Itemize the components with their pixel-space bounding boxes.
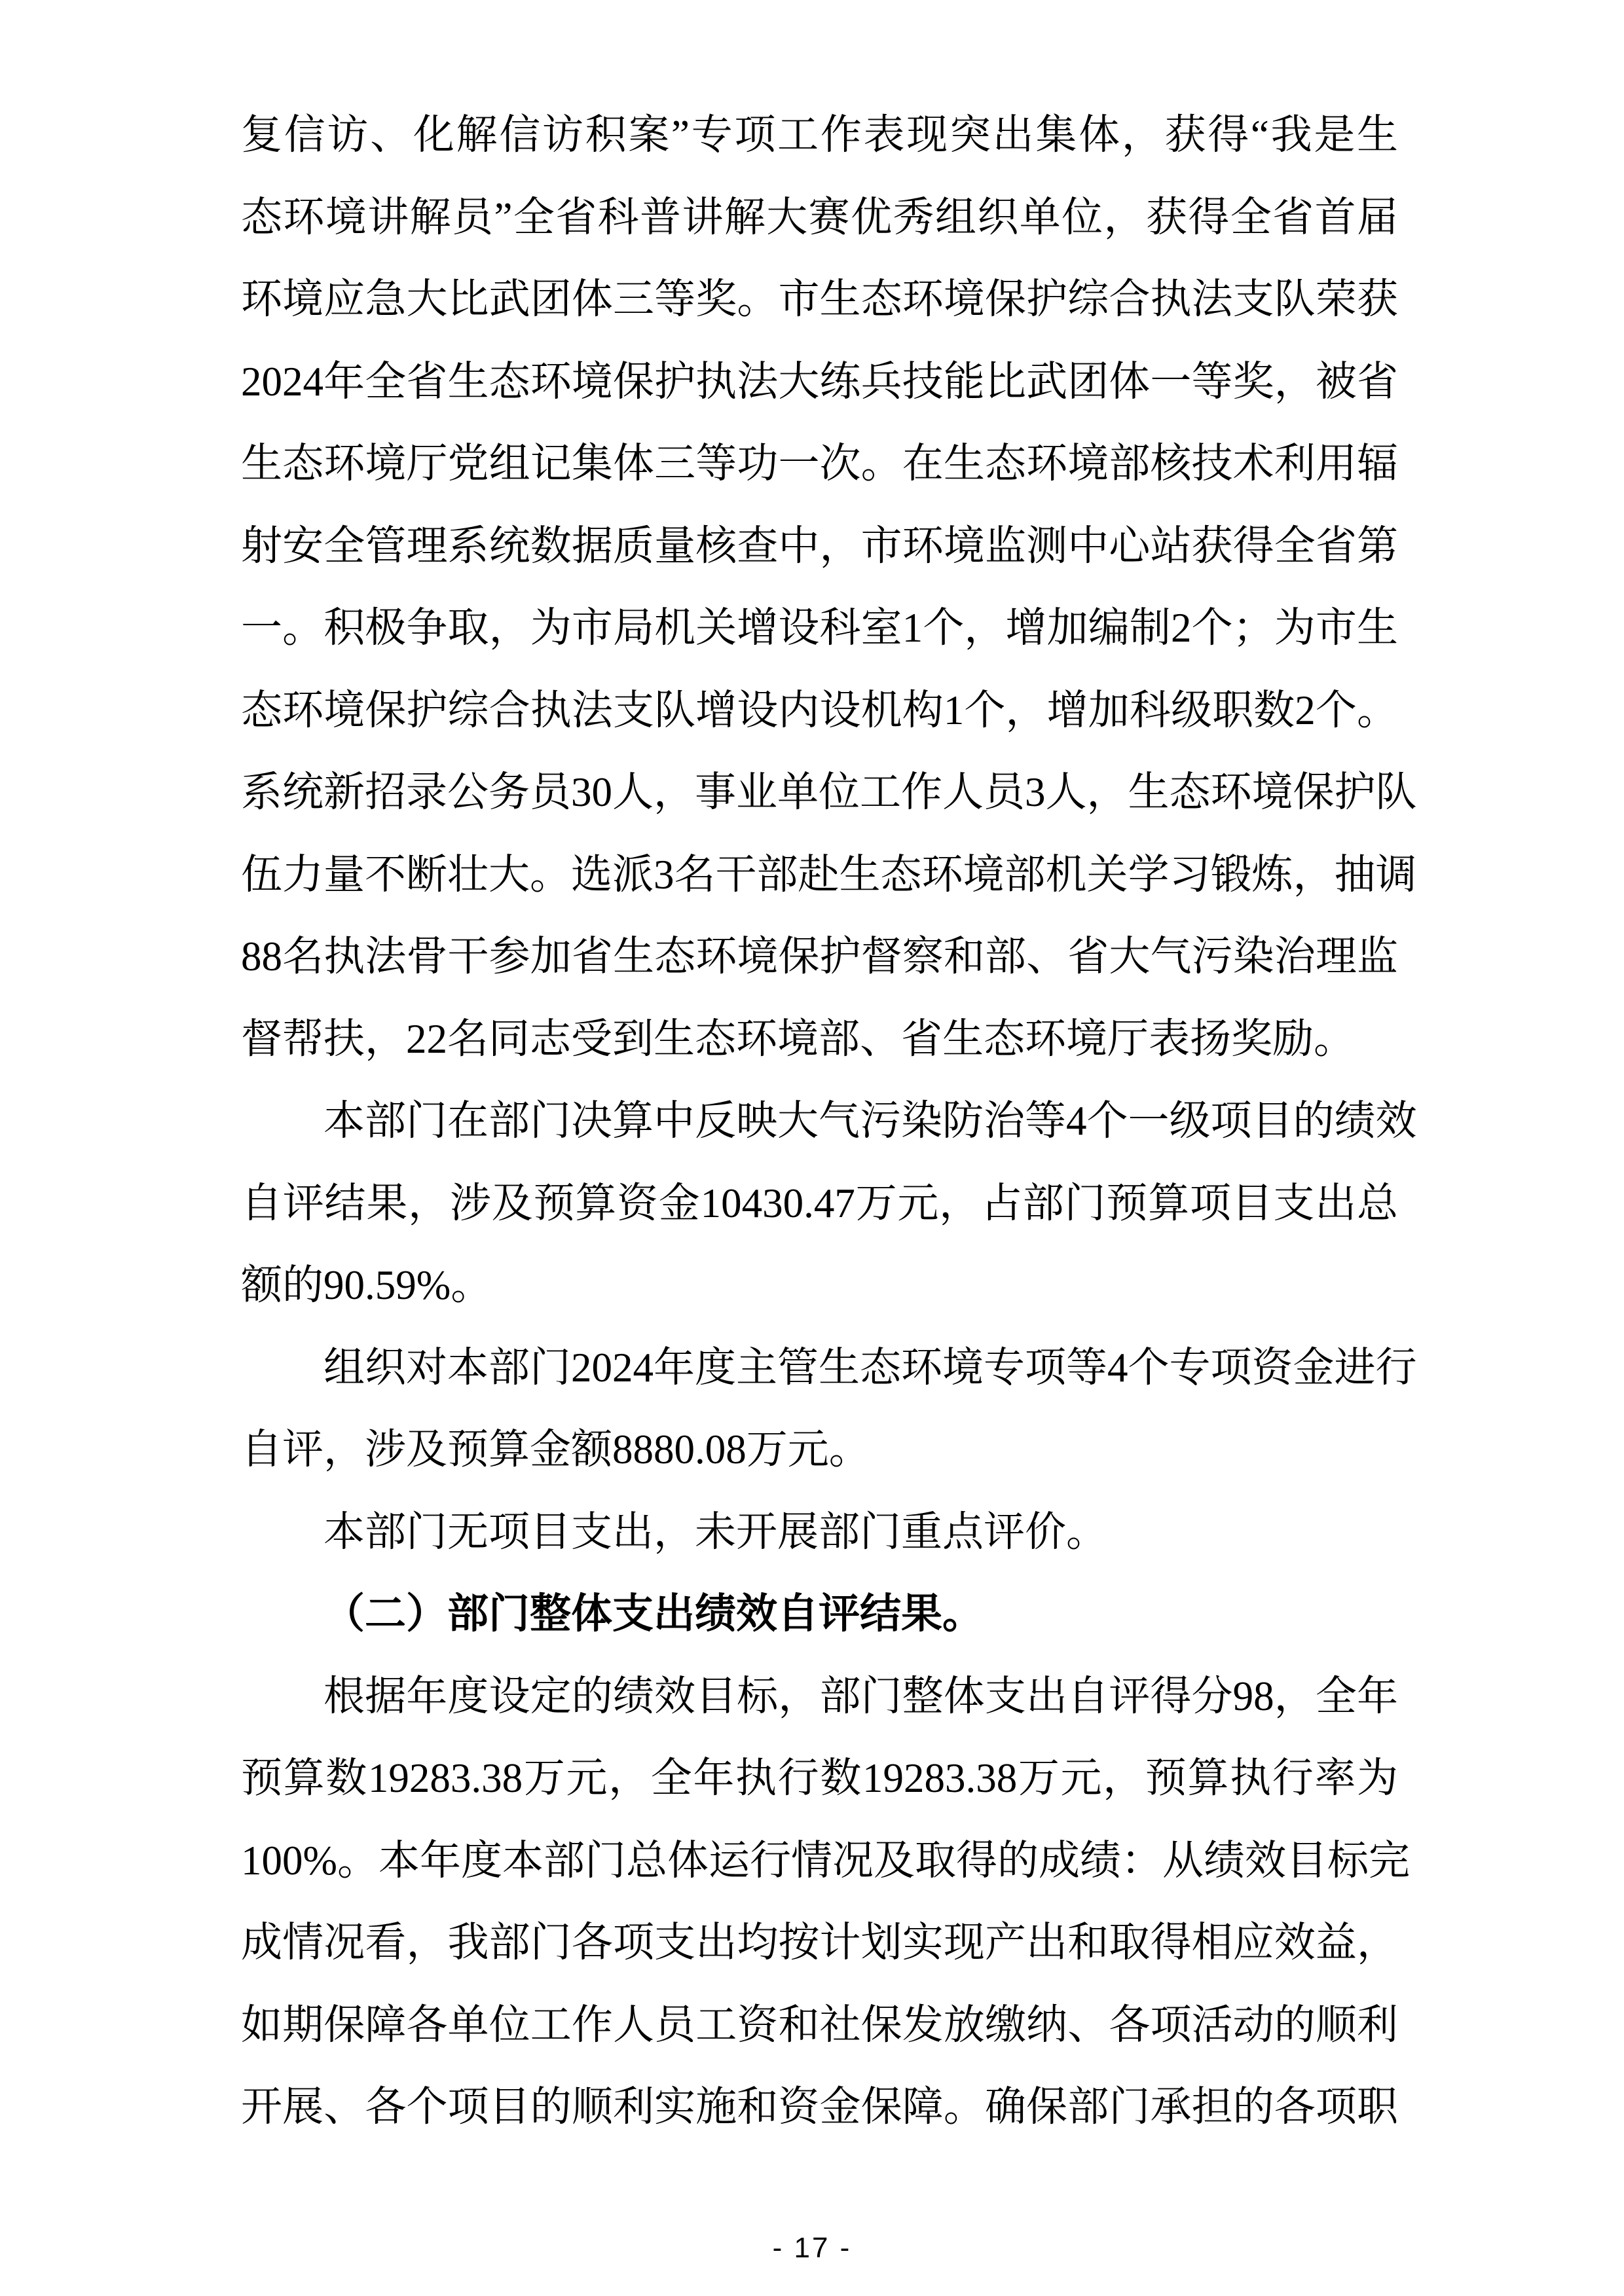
text-line: 2024年全省生态环境保护执法大练兵技能比武团体一等奖，被省 (241, 341, 1398, 424)
text-line: 本部门无项目支出，未开展部门重点评价。 (241, 1491, 1398, 1574)
text-line: 复信访、化解信访积案”专项工作表现突出集体，获得“我是生 (241, 94, 1398, 177)
text-line: 如期保障各单位工作人员工资和社保发放缴纳、各项活动的顺利 (241, 1984, 1398, 2067)
text-line: 射安全管理系统数据质量核查中，市环境监测中心站获得全省第 (241, 505, 1398, 588)
text-line: 态环境保护综合执法支队增设内设机构1个，增加科级职数2个。 (241, 670, 1398, 752)
text-line: 态环境讲解员”全省科普讲解大赛优秀组织单位，获得全省首届 (241, 177, 1398, 259)
text-line: 自评结果，涉及预算资金10430.47万元，占部门预算项目支出总 (241, 1163, 1398, 1245)
text-line: 环境应急大比武团体三等奖。市生态环境保护综合执法支队荣获 (241, 259, 1398, 341)
text-line: 成情况看，我部门各项支出均按计划实现产出和取得相应效益， (241, 1902, 1398, 1984)
section-heading: （二）部门整体支出绩效自评结果。 (241, 1573, 1398, 1656)
text-line: 本部门在部门决算中反映大气污染防治等4个一级项目的绩效 (241, 1080, 1398, 1163)
text-line: 督帮扶，22名同志受到生态环境部、省生态环境厅表扬奖励。 (241, 998, 1398, 1081)
body-text: 复信访、化解信访积案”专项工作表现突出集体，获得“我是生态环境讲解员”全省科普讲… (241, 94, 1398, 2149)
text-line: 自评，涉及预算金额8880.08万元。 (241, 1409, 1398, 1491)
text-line: 组织对本部门2024年度主管生态环境专项等4个专项资金进行 (241, 1327, 1398, 1410)
document-page: 复信访、化解信访积案”专项工作表现突出集体，获得“我是生态环境讲解员”全省科普讲… (0, 0, 1624, 2296)
text-line: 88名执法骨干参加省生态环境保护督察和部、省大气污染治理监 (241, 916, 1398, 998)
text-line: 一。积极争取，为市局机关增设科室1个，增加编制2个；为市生 (241, 587, 1398, 670)
text-line: 根据年度设定的绩效目标，部门整体支出自评得分98，全年 (241, 1656, 1398, 1738)
text-line: 伍力量不断壮大。选派3名干部赴生态环境部机关学习锻炼，抽调 (241, 834, 1398, 917)
text-line: 额的90.59%。 (241, 1245, 1398, 1327)
text-line: 100%。本年度本部门总体运行情况及取得的成绩：从绩效目标完 (241, 1820, 1398, 1903)
page-number: - 17 - (0, 2229, 1624, 2268)
text-line: 开展、各个项目的顺利实施和资金保障。确保部门承担的各项职 (241, 2066, 1398, 2149)
text-line: 生态环境厅党组记集体三等功一次。在生态环境部核技术利用辐 (241, 423, 1398, 505)
text-line: 系统新招录公务员30人，事业单位工作人员3人，生态环境保护队 (241, 752, 1398, 834)
text-line: 预算数19283.38万元，全年执行数19283.38万元，预算执行率为 (241, 1738, 1398, 1820)
